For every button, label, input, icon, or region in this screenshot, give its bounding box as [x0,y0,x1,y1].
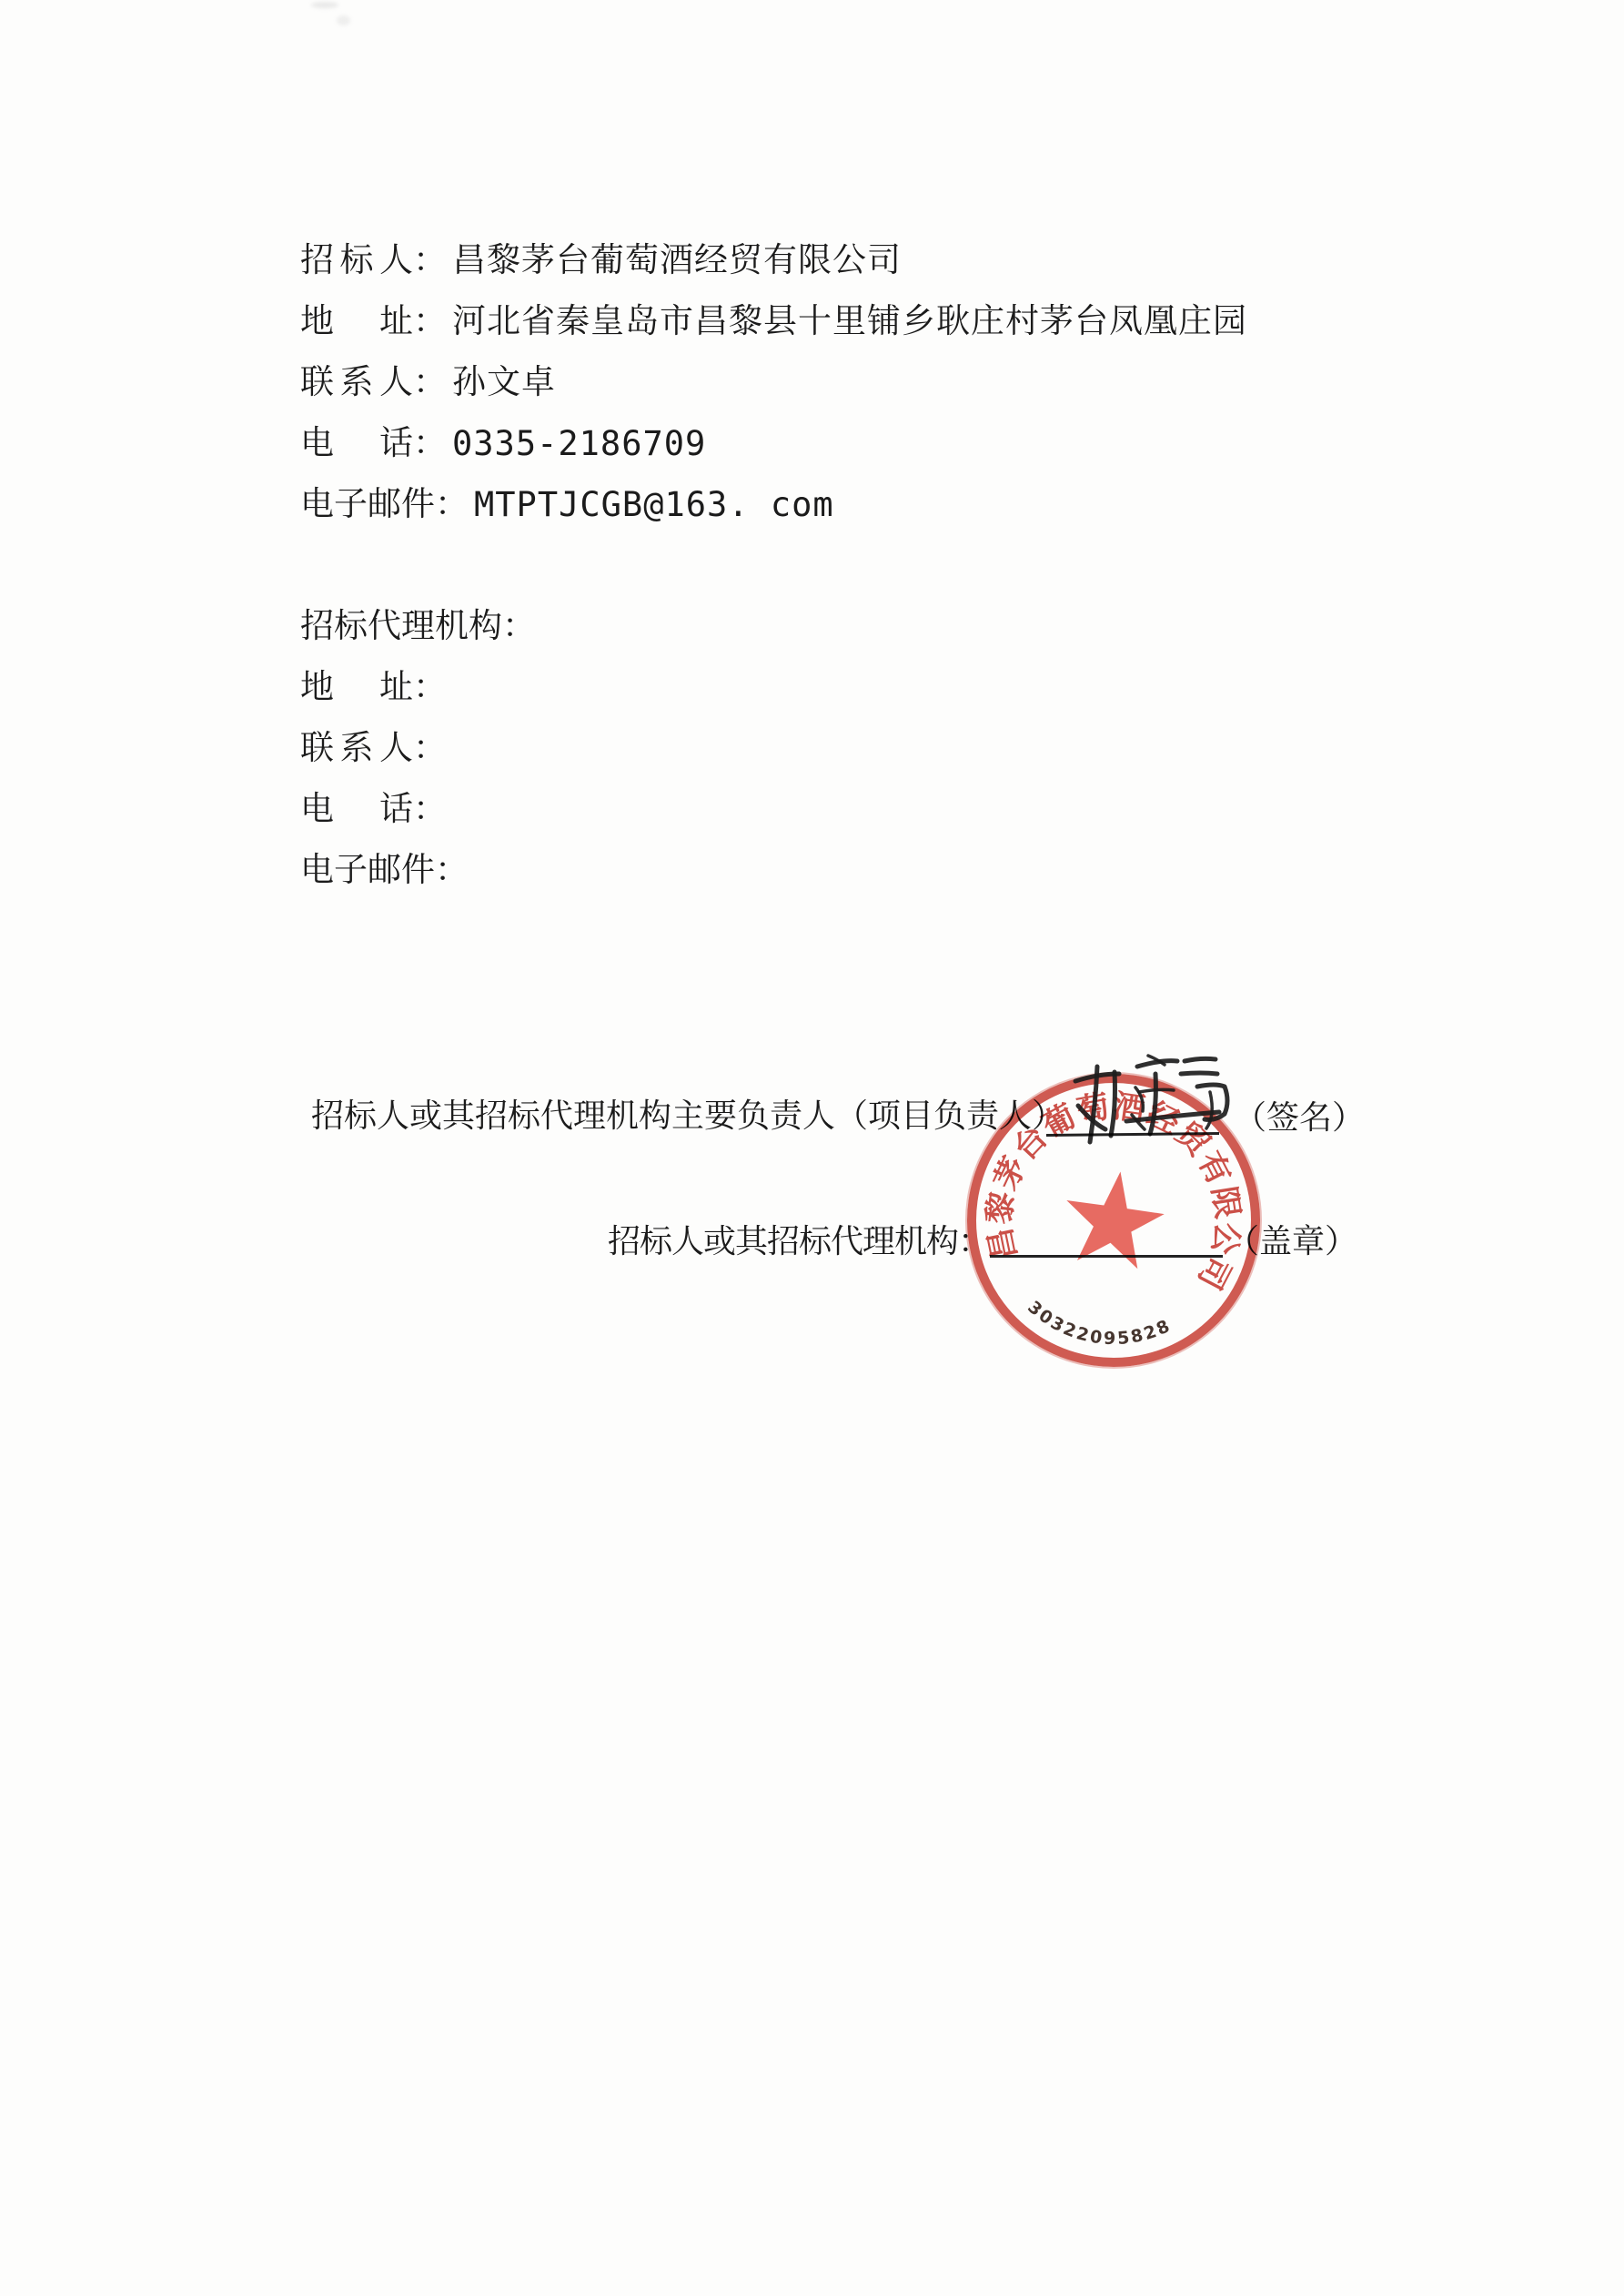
info-row: 地址：河北省秦皇岛市昌黎县十里铺乡耿庄村茅台凤凰庄园 [300,305,1247,339]
field-label: 招标人 [300,244,413,278]
info-row: 电子邮件： [300,854,541,888]
field-colon: ： [413,366,438,400]
field-value: 孙文卓 [452,366,556,400]
seal-red-parts: 昌黎茅台葡萄酒经贸有限公司 1303220958288 [946,1012,1291,1387]
field-label: 电话 [300,793,413,827]
field-colon: ： [413,244,438,278]
field-label: 电子邮件 [300,854,435,888]
field-colon: ： [502,610,527,644]
seal-serial-number: 1303220958288 [946,1012,1220,1358]
field-colon: ： [435,488,459,522]
official-seal: 昌黎茅台葡萄酒经贸有限公司 1303220958288 [946,1012,1310,1394]
info-row: 招标人：昌黎茅台葡萄酒经贸有限公司 [300,244,1247,278]
star-icon [1058,1165,1169,1271]
field-value: 昌黎茅台葡萄酒经贸有限公司 [452,244,902,278]
field-label: 招标代理机构 [300,610,502,644]
org-stamp-line: 招标人或其招标代理机构： [608,1223,990,1259]
field-colon: ： [413,305,438,339]
info-row: 电话：0335-2186709 [300,427,1247,461]
field-label: 地址 [300,671,413,705]
field-colon: ： [413,671,438,705]
info-row: 地址： [300,671,541,705]
field-label: 电话 [300,427,413,461]
field-label: 联系人 [300,366,413,400]
field-colon: ： [413,732,438,766]
info-row: 招标代理机构： [300,610,541,644]
bidder-info-block: 招标人：昌黎茅台葡萄酒经贸有限公司地址：河北省秦皇岛市昌黎县十里铺乡耿庄村茅台凤… [300,244,1247,549]
field-label: 联系人 [300,732,413,766]
field-value: 0335-2186709 [452,427,706,461]
field-label: 电子邮件 [300,488,435,522]
seal-serial-textpath: 1303220958288 [946,1012,1220,1358]
field-label: 地址 [300,305,413,339]
agency-info-block: 招标代理机构：地址：联系人：电话：电子邮件： [300,610,541,915]
document-page: 招标人：昌黎茅台葡萄酒经贸有限公司地址：河北省秦皇岛市昌黎县十里铺乡耿庄村茅台凤… [0,0,1624,2296]
field-value: MTPTJCGB@163. com [474,488,834,522]
info-row: 联系人： [300,732,541,766]
info-row: 联系人：孙文卓 [300,366,1247,400]
field-colon: ： [413,793,438,827]
field-colon: ： [413,427,438,461]
field-colon: ： [435,854,459,888]
info-row: 电话： [300,793,541,827]
info-row: 电子邮件：MTPTJCGB@163. com [300,488,1247,522]
field-value: 河北省秦皇岛市昌黎县十里铺乡耿庄村茅台凤凰庄园 [452,305,1247,339]
scan-artifact [337,15,350,25]
scan-artifact [311,2,338,8]
